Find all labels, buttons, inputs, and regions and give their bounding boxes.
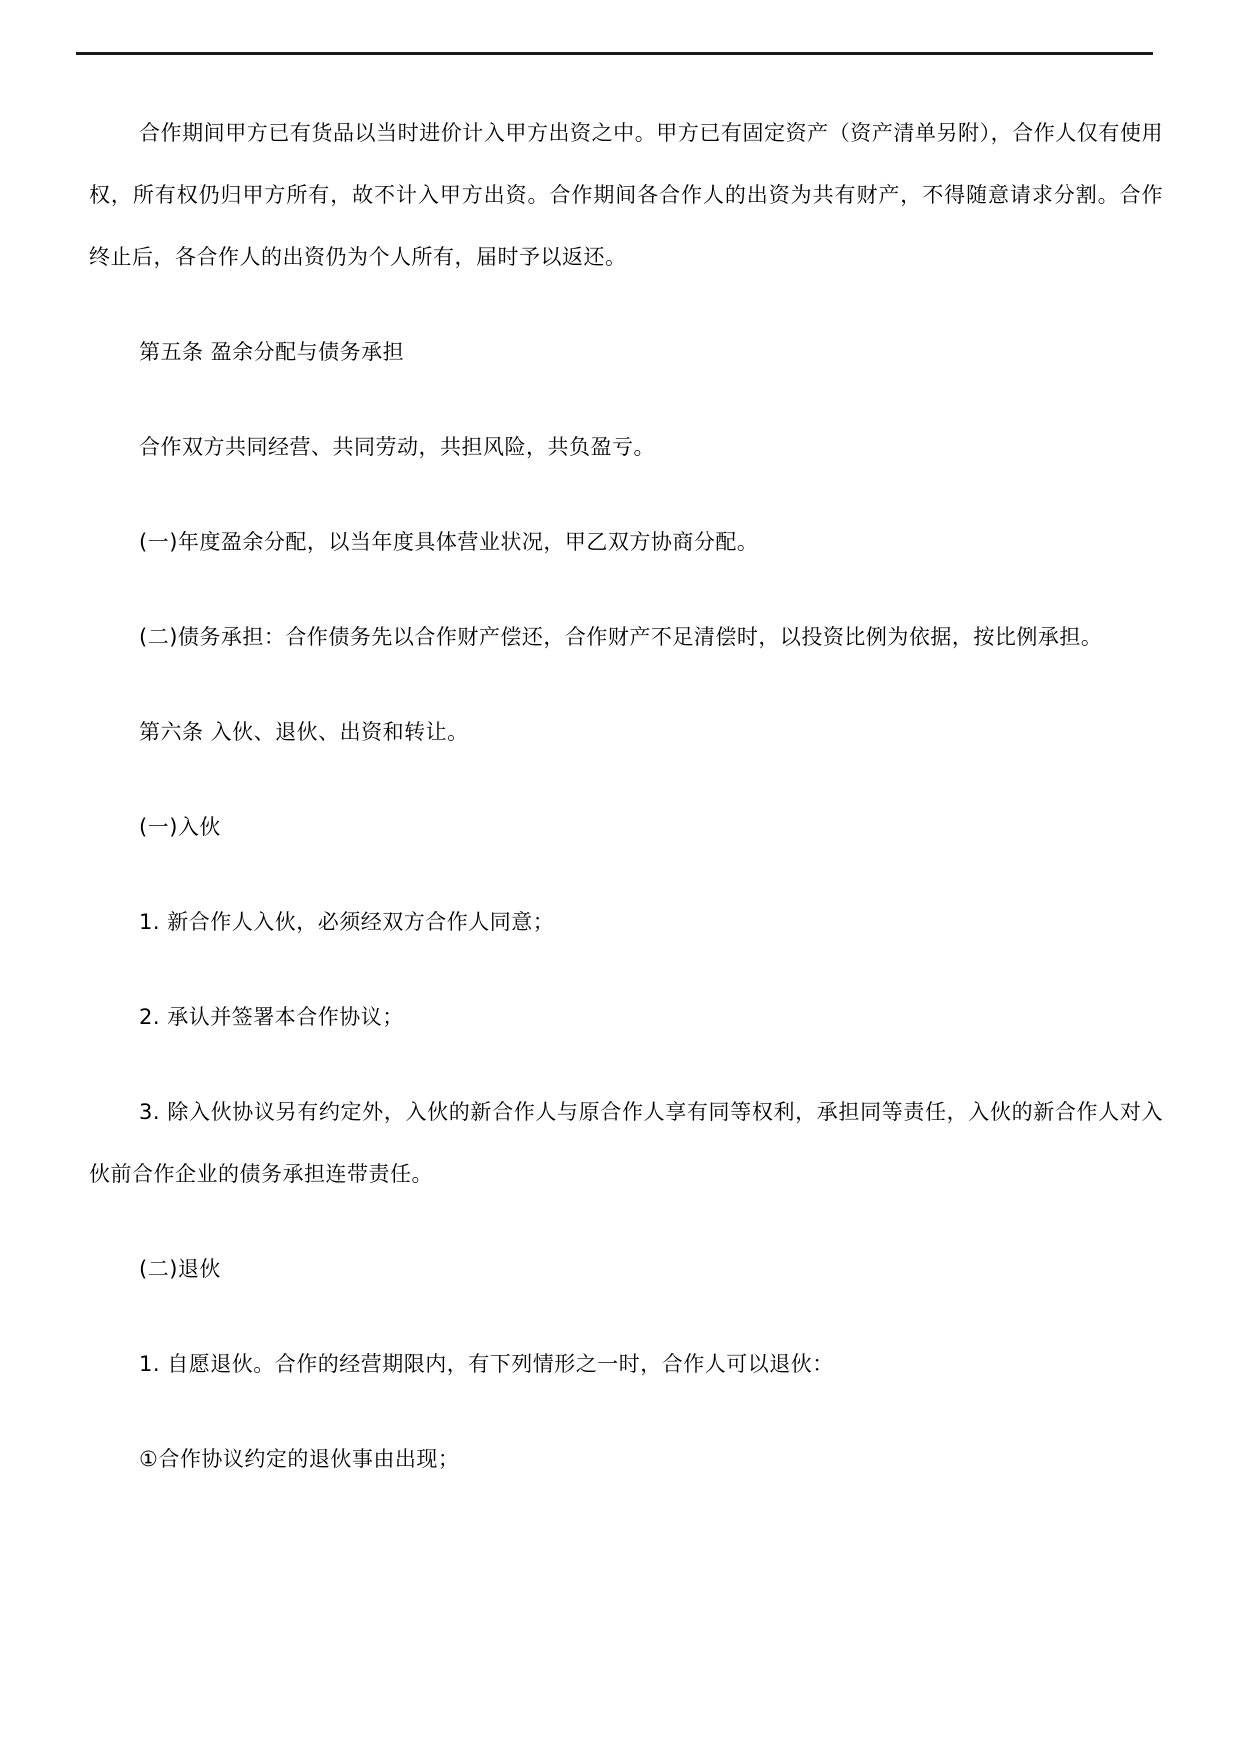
document-body: 合作期间甲方已有货品以当时进价计入甲方出资之中。甲方已有固定资产（资产清单另附）… bbox=[0, 0, 1240, 1523]
paragraph-annual-surplus: (一)年度盈余分配，以当年度具体营业状况，甲乙双方协商分配。 bbox=[89, 511, 1163, 573]
paragraph-debt-bearing: (二)债务承担：合作债务先以合作财产偿还，合作财产不足清偿时，以投资比例为依据，… bbox=[89, 606, 1163, 668]
item-joining-3: 3. 除入伙协议另有约定外，入伙的新合作人与原合作人享有同等权利，承担同等责任，… bbox=[89, 1081, 1163, 1205]
heading-clause-6: 第六条 入伙、退伙、出资和转让。 bbox=[89, 701, 1163, 763]
item-joining-2: 2. 承认并签署本合作协议； bbox=[89, 986, 1163, 1048]
item-withdrawal-1: 1. 自愿退伙。合作的经营期限内，有下列情形之一时，合作人可以退伙： bbox=[89, 1333, 1163, 1395]
item-withdrawal-reason-1: ①合作协议约定的退伙事由出现； bbox=[89, 1428, 1163, 1490]
item-joining-1: 1. 新合作人入伙，必须经双方合作人同意； bbox=[89, 891, 1163, 953]
subheading-withdrawal: (二)退伙 bbox=[89, 1238, 1163, 1300]
heading-clause-5: 第五条 盈余分配与债务承担 bbox=[89, 321, 1163, 383]
paragraph-capital-contribution: 合作期间甲方已有货品以当时进价计入甲方出资之中。甲方已有固定资产（资产清单另附）… bbox=[89, 102, 1163, 288]
paragraph-joint-operation: 合作双方共同经营、共同劳动，共担风险，共负盈亏。 bbox=[89, 416, 1163, 478]
document-page: 合作期间甲方已有货品以当时进价计入甲方出资之中。甲方已有固定资产（资产清单另附）… bbox=[0, 0, 1240, 1754]
subheading-joining: (一)入伙 bbox=[89, 796, 1163, 858]
